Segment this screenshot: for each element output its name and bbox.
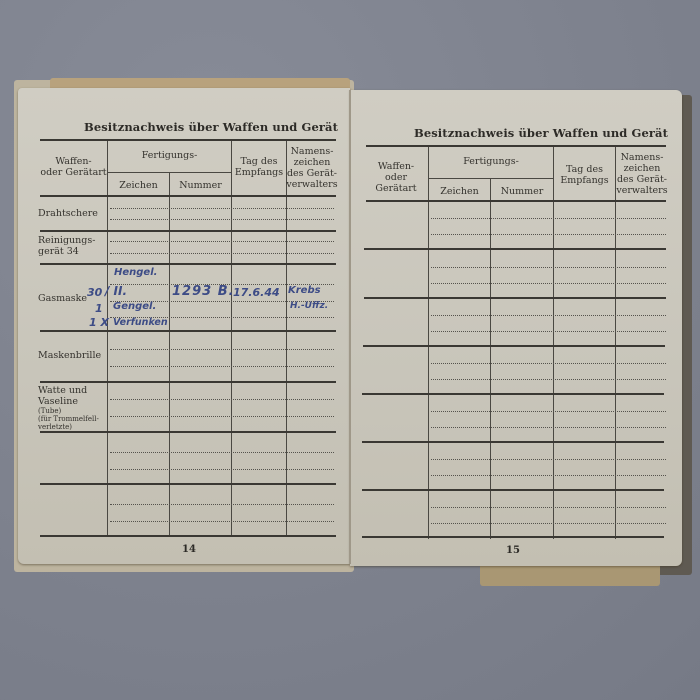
right-dots <box>431 234 666 235</box>
left-dots <box>110 469 334 470</box>
right-vline-3 <box>553 147 554 539</box>
right-header-tag: Tag des Empfangs <box>554 164 615 186</box>
right-header-col1-line2: oder Gerätart <box>375 172 416 194</box>
right-row-rule-3 <box>363 345 665 347</box>
left-header-nummer: Nummer <box>170 180 231 191</box>
right-header-zeichen: Zeichen <box>429 186 490 197</box>
right-dots <box>431 267 666 268</box>
right-header-col1-line1: Waffen- <box>378 161 414 172</box>
right-header-group: Fertigungs- <box>429 156 553 167</box>
handwritten-qty-2: 1 <box>95 302 103 315</box>
left-row-rule-6 <box>40 483 336 485</box>
left-row-rule-3 <box>40 330 336 332</box>
right-dots <box>431 427 666 428</box>
right-row-rule-1 <box>364 248 666 250</box>
right-dots <box>431 218 666 219</box>
row-label-watte-line1: Watte und <box>38 385 87 396</box>
right-header-tag-line2: Empfangs <box>560 175 608 186</box>
handwritten-tag-des-empfangs: 17.6.44 <box>233 286 280 299</box>
row-label-gasmaske: Gasmaske <box>38 293 87 304</box>
left-header-col1: Waffen- oder Gerätart <box>40 156 107 178</box>
left-page-title: Besitznachweis über Waffen und Gerät <box>84 120 338 134</box>
row-label-reinigungsgeraet: Reinigungs- gerät 34 <box>38 235 95 257</box>
left-header-namen: Namens- zeichen des Gerät- verwalters <box>286 146 338 190</box>
left-row-rule-7 <box>40 535 336 537</box>
left-dots <box>110 208 334 209</box>
left-vline-2 <box>169 172 170 536</box>
right-group-sub-rule <box>429 178 553 179</box>
handwritten-zeichen-2: / II. <box>105 284 127 298</box>
row-label-watte-line2: Vaseline <box>38 396 78 407</box>
handwritten-qty-3: 1 X <box>89 316 109 329</box>
left-header-tag: Tag des Empfangs <box>232 156 286 178</box>
left-page: Besitznachweis über Waffen und Gerät Waf… <box>18 88 350 564</box>
left-header-group: Fertigungs- <box>108 150 231 161</box>
left-row-rule-4 <box>40 381 336 383</box>
right-dots <box>431 283 666 284</box>
right-row-rule-5 <box>362 441 664 443</box>
left-header-tag-line2: Empfangs <box>235 167 283 178</box>
handwritten-namenszeichen-2: H.-Uffz. <box>290 301 328 311</box>
right-header-bottom-rule <box>366 200 666 202</box>
row-label-watte-vaseline: Watte und Vaseline (Tube) (für Trommelfe… <box>38 385 99 431</box>
right-dots <box>431 331 666 332</box>
left-row-rule-5 <box>40 431 336 433</box>
right-dots <box>431 475 666 476</box>
handwritten-zeichen-3: Gengel. <box>113 301 156 312</box>
left-dots <box>110 416 334 417</box>
handwritten-zeichen-1: Hengel. <box>114 267 157 278</box>
right-dots <box>431 411 666 412</box>
left-dots <box>110 349 334 350</box>
right-page: Besitznachweis über Waffen und Gerät Waf… <box>350 90 682 566</box>
row-label-drahtschere: Drahtschere <box>38 208 98 219</box>
left-header-col1-line1: Waffen- <box>55 156 91 167</box>
right-header-nummer: Nummer <box>491 186 553 197</box>
right-header-namen: Namens- zeichen des Gerät- verwalters <box>615 152 669 196</box>
left-header-col1-line2: oder Gerätart <box>40 167 106 178</box>
left-row-rule-2 <box>40 263 336 265</box>
right-row-rule-4 <box>362 393 664 395</box>
left-dots <box>110 253 334 254</box>
row-label-maskenbrille: Maskenbrille <box>38 350 101 361</box>
right-dots <box>431 379 666 380</box>
handwritten-namenszeichen-1: Krebs <box>288 285 321 296</box>
handwritten-nummer: 1293 B. <box>172 284 235 299</box>
right-header-namen-line1: Namens- <box>621 152 664 163</box>
left-header-zeichen: Zeichen <box>108 180 169 191</box>
handwritten-qty-1: 30 <box>87 286 102 299</box>
row-label-watte-small2: (für Trommelfell- <box>38 415 99 423</box>
right-vline-1 <box>428 147 429 539</box>
row-label-reinigungsgeraet-line1: Reinigungs- <box>38 235 95 246</box>
right-header-top-rule <box>366 145 666 147</box>
page-number-14: 14 <box>182 544 196 555</box>
left-header-namen-line2: zeichen <box>294 157 331 168</box>
left-dots <box>110 399 334 400</box>
right-row-rule-2 <box>364 297 666 299</box>
right-row-rule-6 <box>362 489 664 491</box>
right-header-namen-line4: verwalters <box>616 185 667 196</box>
left-header-top-rule <box>40 139 336 141</box>
row-label-watte-small1: (Tube) <box>38 407 99 415</box>
left-vline-1 <box>107 141 108 536</box>
book-spine-fold <box>349 90 351 564</box>
right-dots <box>431 363 666 364</box>
right-dots <box>431 315 666 316</box>
right-row-rule-7 <box>362 536 664 538</box>
left-vline-4 <box>286 141 287 536</box>
left-header-namen-line4: verwalters <box>286 179 337 190</box>
left-group-sub-rule <box>108 172 231 173</box>
page-number-15: 15 <box>506 545 520 556</box>
right-dots <box>431 459 666 460</box>
left-dots <box>110 521 334 522</box>
left-header-bottom-rule <box>40 195 336 197</box>
left-dots <box>110 366 334 367</box>
handwritten-zeichen-4: Verfunken <box>113 317 168 328</box>
left-row-rule-1 <box>40 230 336 232</box>
right-header-namen-line3: des Gerät- <box>617 174 667 185</box>
left-header-tag-line1: Tag des <box>241 156 278 167</box>
right-vline-4 <box>615 147 616 539</box>
right-header-namen-line2: zeichen <box>624 163 661 174</box>
left-dots <box>110 241 334 242</box>
left-dots <box>110 504 334 505</box>
right-header-col1: Waffen- oder Gerätart <box>364 161 428 194</box>
right-dots <box>431 523 666 524</box>
right-page-title: Besitznachweis über Waffen und Gerät <box>414 126 668 140</box>
right-header-tag-line1: Tag des <box>566 164 603 175</box>
right-vline-2 <box>490 178 491 539</box>
row-label-watte-small3: verletzte) <box>38 423 99 431</box>
left-header-namen-line3: des Gerät- <box>287 168 337 179</box>
row-label-reinigungsgeraet-line2: gerät 34 <box>38 246 79 257</box>
left-dots <box>110 219 334 220</box>
right-dots <box>431 507 666 508</box>
left-header-namen-line1: Namens- <box>291 146 334 157</box>
left-dots <box>110 452 334 453</box>
left-vline-3 <box>231 141 232 536</box>
